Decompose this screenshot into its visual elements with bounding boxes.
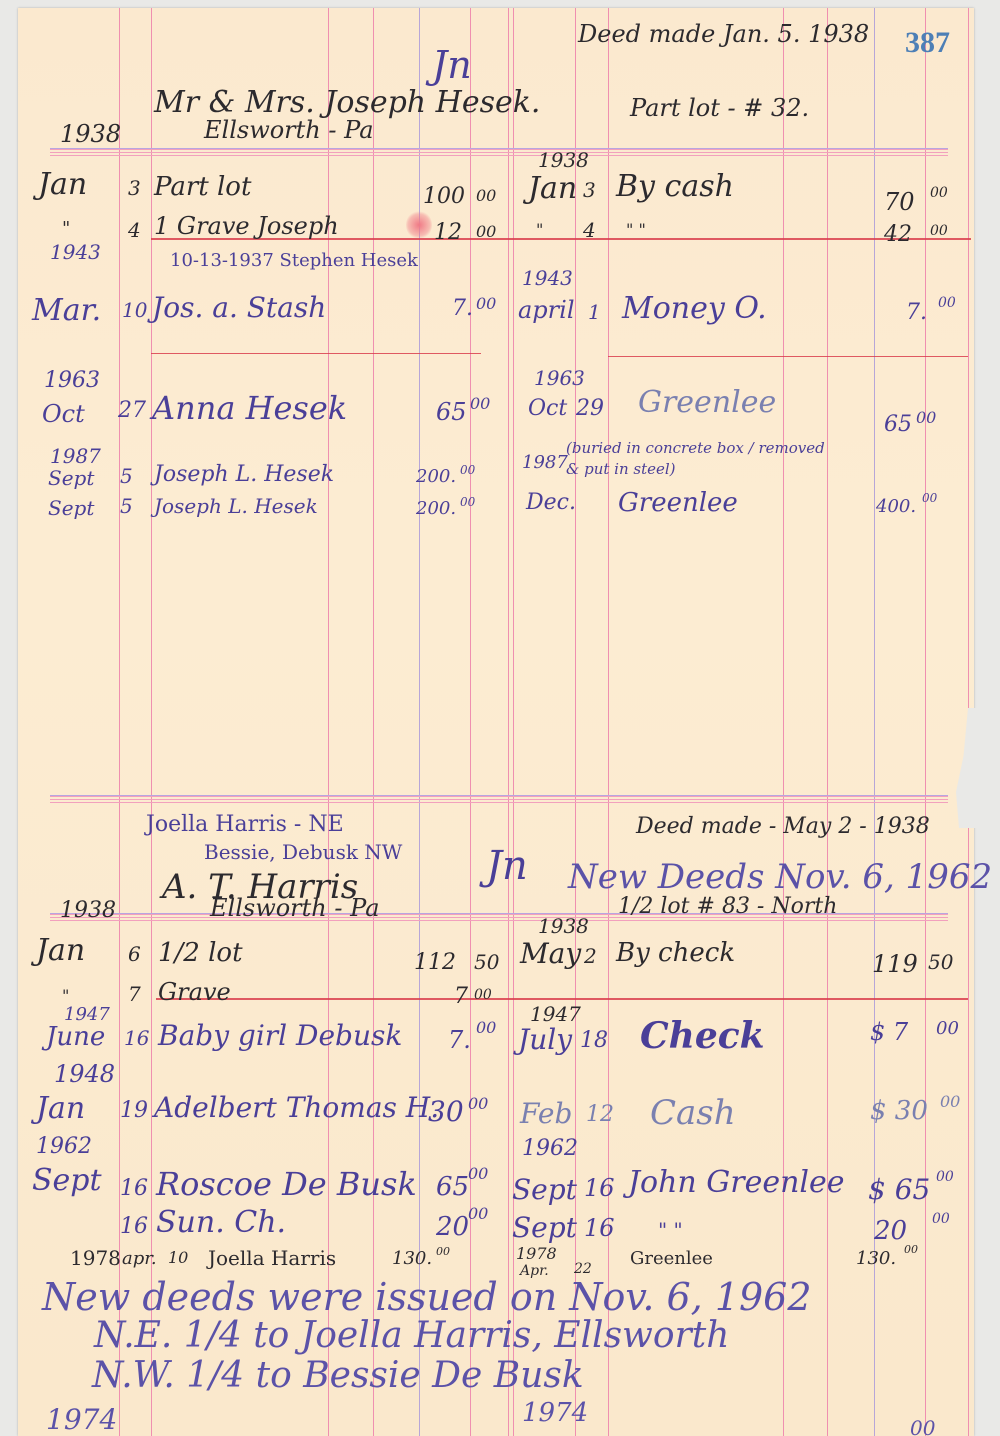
credit-amount: 65 — [884, 414, 912, 436]
credit-cents: 00 — [932, 1212, 950, 1226]
debit-description: 1/2 lot — [158, 940, 243, 966]
credit-amount: 119 — [872, 952, 918, 976]
debit-amount: 130. — [392, 1250, 432, 1268]
debit-month: Sept — [48, 498, 94, 518]
credit-cents: 00 — [940, 1094, 960, 1110]
credit-month: " — [536, 222, 543, 238]
debit-amount: 200. — [416, 468, 456, 486]
footnote-line: N.E. 1/4 to Joella Harris, Ellsworth — [94, 1318, 729, 1354]
debit-description: Adelbert Thomas H. — [154, 1094, 439, 1122]
credit-description: By check — [616, 940, 735, 966]
debit-amount: 65 — [436, 1174, 469, 1200]
debit-day: 4 — [128, 220, 141, 240]
debit-cents: 00 — [476, 296, 496, 312]
debit-day: 16 — [124, 1028, 149, 1048]
header-rule-section2-top — [50, 795, 948, 805]
debit-amount: 200. — [416, 500, 456, 518]
credit-month: Dec. — [526, 492, 576, 514]
credit-cents: 00 — [922, 492, 937, 504]
debit-day: 7 — [128, 984, 141, 1004]
debit-day: 27 — [118, 400, 146, 422]
credit-amount: $ 30 — [870, 1098, 928, 1124]
credit-day: 4 — [583, 220, 596, 240]
credit-month: May — [520, 940, 581, 968]
debit-year: 1963 — [44, 370, 100, 392]
rule-credit-cents — [925, 8, 926, 1436]
debit-amount: 12 — [434, 222, 462, 244]
debit-year: 1978 — [70, 1248, 121, 1268]
account-year: 1938 — [60, 122, 121, 146]
debit-month: Mar. — [32, 296, 101, 326]
debit-amount: 30 — [428, 1098, 464, 1126]
debit-description: Jos. a. Stash — [152, 294, 326, 322]
debit-day: 3 — [128, 178, 141, 198]
credit-year: 1938 — [538, 916, 589, 936]
account-location: Ellsworth - Pa — [204, 118, 374, 142]
debit-day: 5 — [120, 466, 133, 486]
debit-description: 1 Grave Joseph — [154, 214, 339, 238]
deed-note: Deed made - May 2 - 1938 — [636, 816, 930, 838]
debit-month: apr. — [122, 1250, 157, 1268]
credit-cents: 50 — [928, 952, 953, 972]
debit-cents: 00 — [468, 1166, 488, 1182]
debit-cents: 00 — [468, 1206, 488, 1222]
credit-description: Greenlee — [638, 388, 776, 418]
credit-amount: 400. — [876, 498, 916, 516]
total-rule — [608, 356, 968, 357]
debit-day: 5 — [120, 496, 133, 516]
credit-day: 16 — [584, 1216, 615, 1240]
debit-description: Joella Harris — [208, 1248, 336, 1268]
debit-month: Sept — [48, 468, 94, 488]
credit-cents: 00 — [936, 1170, 954, 1184]
credit-cents: 00 — [930, 186, 948, 200]
debit-amount: 7 — [454, 986, 468, 1008]
credit-amount: 7. — [906, 302, 927, 324]
credit-cents: 00 — [930, 224, 948, 238]
credit-year: 1947 — [530, 1004, 581, 1024]
debit-year: 1948 — [54, 1062, 115, 1086]
debit-description: Anna Hesek — [152, 392, 347, 424]
credit-description: " " — [626, 222, 646, 238]
debit-day: 16 — [120, 1216, 148, 1238]
lot-number: Part lot - # 32. — [630, 96, 809, 120]
debit-description: Part lot — [154, 174, 251, 200]
credit-month: april — [518, 298, 575, 322]
debit-day: 10 — [168, 1250, 188, 1266]
credit-cents: 00 — [910, 1418, 935, 1436]
debit-cents: 00 — [460, 464, 475, 476]
credit-year: 1987 — [522, 454, 568, 472]
owner-note: Bessie, Debusk NW — [204, 842, 402, 862]
credit-month: Feb — [520, 1100, 572, 1128]
torn-edge — [950, 708, 980, 828]
debit-cents: 00 — [460, 496, 475, 508]
credit-description: Greenlee — [630, 1250, 713, 1268]
footnote-line: N.W. 1/4 to Bessie De Busk — [92, 1358, 584, 1394]
debit-year: 1962 — [36, 1136, 92, 1158]
credit-description: Money O. — [622, 294, 767, 324]
rule-credit-folio — [827, 8, 828, 1436]
credit-description: " " — [658, 1220, 683, 1240]
rule-folio — [373, 8, 374, 1436]
account-initials: Jn — [432, 46, 472, 84]
debit-year: 1943 — [50, 242, 101, 262]
total-rule — [151, 353, 481, 354]
account-initials: Jn — [486, 846, 528, 886]
debit-description: Baby girl Debusk — [158, 1022, 402, 1050]
debit-month: " — [62, 220, 70, 238]
debit-amount: 20 — [436, 1214, 469, 1240]
debit-amount: 7. — [452, 298, 473, 320]
credit-description: By cash — [616, 172, 734, 202]
debit-cents: 00 — [468, 1096, 488, 1112]
account-location: Ellsworth - Pa — [210, 896, 380, 920]
debit-month: Jan — [36, 1094, 85, 1124]
owner-note: Joella Harris - NE — [146, 814, 344, 836]
debit-description: Joseph L. Hesek — [154, 496, 318, 516]
credit-day: 3 — [583, 180, 596, 200]
credit-month: July — [518, 1026, 572, 1054]
debit-cents: 00 — [474, 988, 492, 1002]
debit-cents: 00 — [476, 1020, 496, 1036]
debit-month: Jan — [38, 170, 87, 200]
credit-amount: 130. — [856, 1250, 896, 1268]
credit-year: 1974 — [522, 1400, 588, 1426]
ledger-page: 387 Jn Deed made Jan. 5. 1938 Mr & Mrs. … — [18, 8, 974, 1436]
debit-month: Sept — [32, 1166, 102, 1196]
credit-year: 1963 — [534, 368, 585, 388]
credit-description: Greenlee — [618, 490, 738, 516]
debit-day: 19 — [120, 1100, 148, 1122]
debit-description: 10-13-1937 Stephen Hesek — [170, 252, 418, 270]
footnote-line: New deeds were issued on Nov. 6, 1962 — [42, 1278, 812, 1316]
debit-cents: 00 — [476, 224, 496, 240]
rule-desc-left — [151, 8, 152, 1436]
debit-day: 16 — [120, 1178, 148, 1200]
debit-month: June — [46, 1024, 105, 1050]
credit-year: 1962 — [522, 1138, 578, 1160]
credit-year: 1943 — [522, 268, 573, 288]
debit-month: Jan — [36, 936, 85, 966]
debit-description: Roscoe De Busk — [156, 1168, 417, 1200]
credit-day: 29 — [576, 398, 604, 420]
credit-description: Check — [640, 1018, 765, 1054]
debit-cents: 00 — [436, 1246, 450, 1257]
debit-amount: 65 — [436, 400, 467, 424]
credit-cents: 00 — [936, 1020, 959, 1038]
debit-month: " — [62, 988, 69, 1004]
debit-description: Joseph L. Hesek — [154, 464, 334, 486]
debit-cents: 00 — [470, 396, 490, 412]
debit-day: 10 — [122, 300, 147, 320]
debit-cents: 50 — [474, 952, 499, 972]
page-number: 387 — [905, 26, 950, 60]
credit-amount: 42 — [884, 224, 912, 246]
rule-credit-desc-mid — [783, 8, 784, 1436]
credit-description: John Greenlee — [628, 1168, 845, 1198]
credit-amount: $ 7 — [870, 1020, 908, 1044]
total-rule — [156, 998, 968, 1000]
debit-amount: 112 — [414, 952, 456, 974]
credit-day: 2 — [584, 946, 597, 966]
credit-year: 1978 — [516, 1246, 557, 1262]
credit-note: (buried in concrete box / removed & put … — [566, 438, 836, 480]
debit-cents: 00 — [476, 188, 496, 204]
header-rule-top — [50, 148, 948, 158]
lot-number: 1/2 lot # 83 - North — [618, 896, 837, 918]
credit-cents: 00 — [904, 1244, 918, 1255]
credit-day: 22 — [574, 1262, 592, 1276]
debit-description: Grave — [158, 980, 231, 1004]
account-name: Mr & Mrs. Joseph Hesek. — [154, 88, 540, 118]
credit-cents: 00 — [916, 410, 936, 426]
credit-cents: 00 — [938, 296, 956, 310]
new-deeds-header: New Deeds Nov. 6, 1962 — [568, 860, 992, 894]
credit-description: Cash — [650, 1096, 736, 1130]
debit-month: Oct — [42, 402, 85, 426]
deed-note: Deed made Jan. 5. 1938 — [578, 22, 869, 46]
credit-month: Jan — [528, 174, 577, 204]
debit-amount: 100 — [423, 186, 465, 208]
credit-day: 12 — [586, 1104, 614, 1126]
credit-amount: 70 — [884, 190, 915, 214]
debit-day: 6 — [128, 944, 141, 964]
debit-description: Sun. Ch. — [156, 1208, 286, 1238]
credit-month: Sept — [512, 1214, 577, 1242]
credit-day: 18 — [580, 1030, 608, 1052]
debit-year: 1974 — [46, 1406, 117, 1434]
credit-amount: 20 — [874, 1218, 907, 1244]
credit-month: Sept — [512, 1176, 577, 1204]
account-year: 1938 — [60, 900, 116, 922]
credit-amount: $ 65 — [868, 1176, 930, 1204]
debit-amount: 7. — [448, 1028, 471, 1052]
red-ink-blot — [406, 210, 432, 240]
debit-year: 1987 — [50, 446, 101, 466]
credit-day: 16 — [584, 1176, 615, 1200]
credit-year: 1938 — [538, 150, 589, 170]
credit-month: Oct — [528, 398, 567, 420]
credit-day: 1 — [588, 302, 601, 322]
